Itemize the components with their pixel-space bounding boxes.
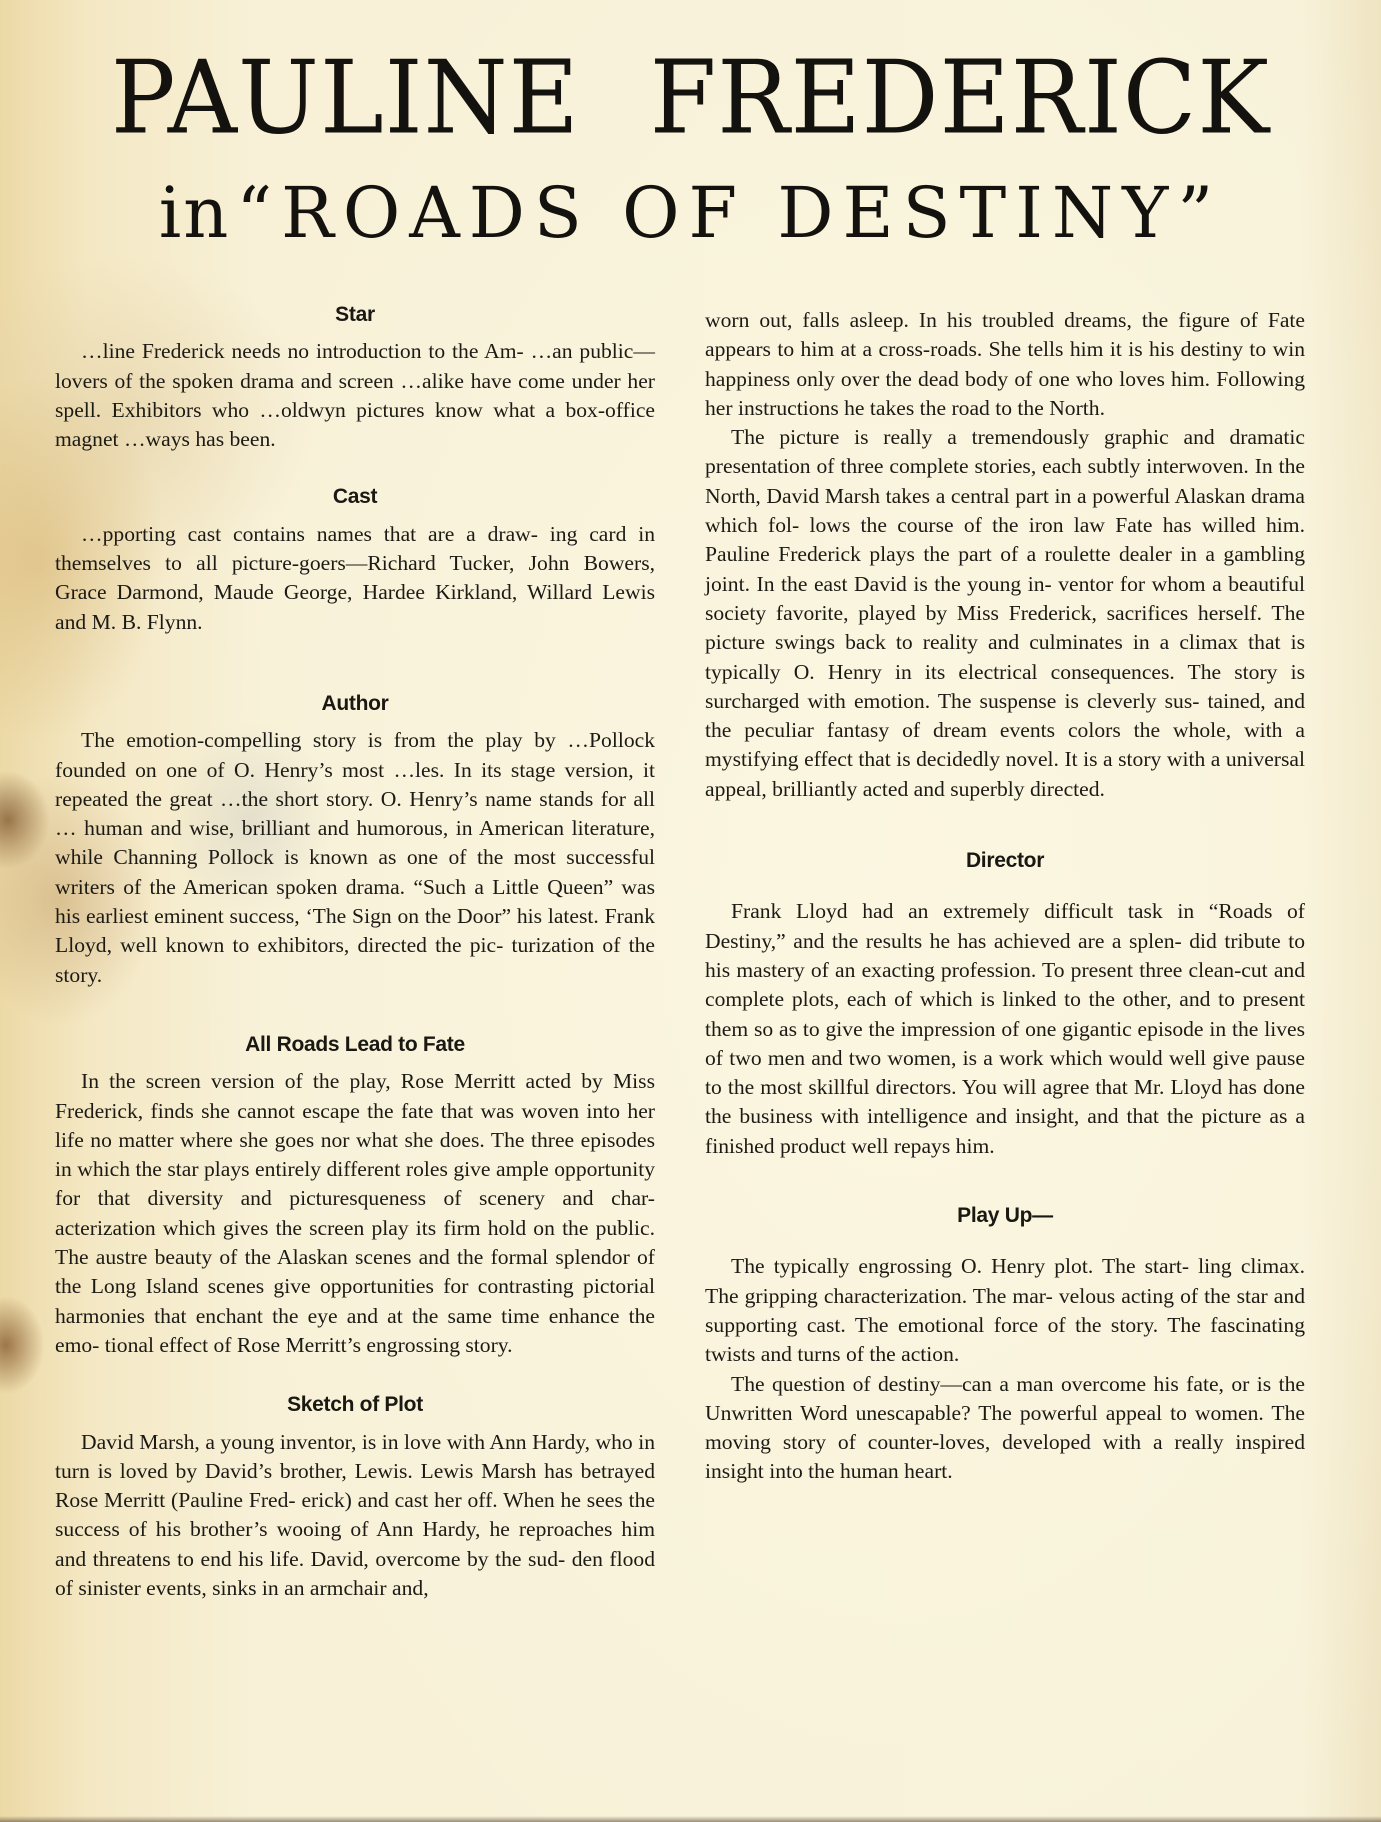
film-title-prefix: in (159, 172, 230, 254)
left-column: Star …line Frederick needs no introducti… (55, 300, 655, 1625)
section-heading-director: Director (705, 846, 1305, 875)
plot-continued-paragraph: worn out, falls asleep. In his troubled … (705, 306, 1305, 423)
author-paragraph: The emotion-compelling story is from the… (55, 726, 655, 990)
plot-paragraph: David Marsh, a young inventor, is in lov… (55, 1428, 655, 1604)
section-play-up: Play Up— The typically engrossing O. Hen… (705, 1201, 1305, 1487)
masthead: PAULINEFREDERICK in“ROADS OF DESTINY” (0, 50, 1381, 248)
cast-paragraph: …pporting cast contains names that are a… (55, 520, 655, 637)
star-paragraph: …line Frederick needs no introduction to… (55, 337, 655, 454)
play-up-paragraph-2: The question of destiny—can a man overco… (705, 1370, 1305, 1487)
section-star: Star …line Frederick needs no introducti… (55, 300, 655, 454)
star-last-name: FREDERICK (650, 39, 1270, 157)
star-name-title: PAULINEFREDERICK (0, 48, 1381, 149)
section-sketch-of-plot: Sketch of Plot David Marsh, a young inve… (55, 1390, 655, 1603)
section-director: Director Frank Lloyd had an extremely di… (705, 846, 1305, 1161)
section-heading-cast: Cast (55, 482, 655, 511)
right-column: worn out, falls asleep. In his troubled … (705, 306, 1305, 1487)
section-heading-play-up: Play Up— (705, 1201, 1305, 1230)
play-up-paragraph-1: The typically engrossing O. Henry plot. … (705, 1252, 1305, 1369)
section-heading-plot: Sketch of Plot (55, 1390, 655, 1419)
section-heading-author: Author (55, 689, 655, 718)
all-roads-paragraph: In the screen version of the play, Rose … (55, 1067, 655, 1360)
page-edge (0, 1816, 1381, 1822)
section-heading-star: Star (55, 300, 655, 329)
section-heading-all-roads: All Roads Lead to Fate (55, 1030, 655, 1059)
section-cast: Cast …pporting cast contains names that … (55, 482, 655, 636)
film-title-text: “ROADS OF DESTINY” (236, 172, 1222, 254)
film-title: in“ROADS OF DESTINY” (0, 178, 1381, 248)
star-first-name: PAULINE (111, 39, 580, 157)
plot-paragraph-2: The picture is really a tremendously gra… (705, 423, 1305, 804)
section-all-roads-lead-to-fate: All Roads Lead to Fate In the screen ver… (55, 1030, 655, 1360)
director-paragraph: Frank Lloyd had an extremely difficult t… (705, 897, 1305, 1161)
section-author: Author The emotion-compelling story is f… (55, 689, 655, 990)
